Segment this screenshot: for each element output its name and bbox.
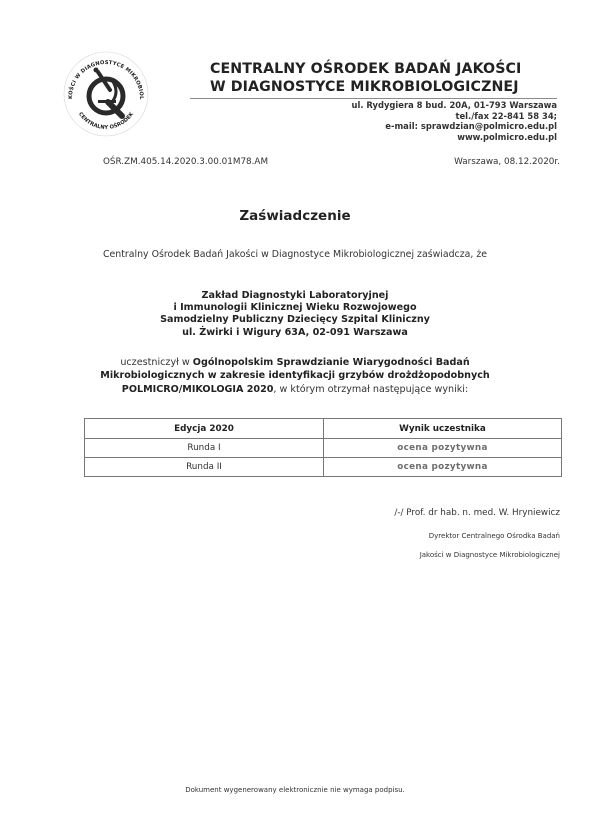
svg-text:BADAŃ JAKOŚCI W DIAGNOSTYCE MI: BADAŃ JAKOŚCI W DIAGNOSTYCE MIKROBIOLOGI…	[62, 50, 144, 100]
signatory-title: Dyrektor Centralnego Ośrodka Badań Jakoś…	[420, 527, 560, 565]
reference-number: OŚR.ZM.405.14.2020.3.00.01M78.AM	[103, 157, 268, 167]
table-header-row: Edycja 2020 Wynik uczestnika	[85, 419, 562, 439]
header-divider	[190, 98, 557, 99]
place-date: Warszawa, 08.12.2020r.	[454, 157, 560, 167]
recipient-line: Zakład Diagnostyki Laboratoryjnej	[0, 290, 590, 302]
document-title: Zaświadczenie	[0, 208, 590, 224]
contact-block: ul. Rydygiera 8 bud. 20A, 01-793 Warszaw…	[352, 100, 558, 142]
program-name-line2: Mikrobiologicznych w zakresie identyfika…	[100, 370, 489, 381]
signatory-title-line1: Dyrektor Centralnego Ośrodka Badań	[420, 527, 560, 546]
footer-note: Dokument wygenerowany elektronicznie nie…	[0, 786, 590, 794]
participation-suffix: , w którym otrzymał następujące wyniki:	[273, 384, 468, 395]
table-row: Runda I ocena pozytywna	[85, 439, 562, 458]
microscope-q-seal-icon: BADAŃ JAKOŚCI W DIAGNOSTYCE MIKROBIOLOGI…	[62, 50, 150, 138]
result-cell: ocena pozytywna	[324, 439, 562, 458]
organization-name-line2: W DIAGNOSTYCE MIKROBIOLOGICZNEJ	[210, 78, 521, 96]
recipient-line: Samodzielny Publiczny Dziecięcy Szpital …	[0, 314, 590, 326]
round-cell: Runda I	[85, 439, 324, 458]
website: www.polmicro.edu.pl	[352, 132, 558, 143]
column-header-result: Wynik uczestnika	[324, 419, 562, 439]
organization-logo: BADAŃ JAKOŚCI W DIAGNOSTYCE MIKROBIOLOGI…	[62, 50, 150, 138]
program-name-line1: Ogólnopolskim Sprawdzianie Wiarygodności…	[193, 357, 470, 368]
intro-text: Centralny Ośrodek Badań Jakości w Diagno…	[0, 249, 590, 260]
organization-name: CENTRALNY OŚRODEK BADAŃ JAKOŚCI W DIAGNO…	[210, 60, 521, 96]
program-code: POLMICRO/MIKOLOGIA 2020	[122, 384, 274, 395]
address: ul. Rydygiera 8 bud. 20A, 01-793 Warszaw…	[352, 100, 558, 111]
participation-prefix: uczestniczył w	[120, 357, 192, 368]
column-header-edition: Edycja 2020	[85, 419, 324, 439]
results-table: Edycja 2020 Wynik uczestnika Runda I oce…	[84, 418, 562, 477]
email: e-mail: sprawdzian@polmicro.edu.pl	[352, 121, 558, 132]
phone: tel./fax 22-841 58 34;	[352, 111, 558, 122]
signatory-title-line2: Jakości w Diagnostyce Mikrobiologicznej	[420, 546, 560, 565]
result-cell: ocena pozytywna	[324, 458, 562, 477]
organization-name-line1: CENTRALNY OŚRODEK BADAŃ JAKOŚCI	[210, 60, 521, 78]
recipient-block: Zakład Diagnostyki Laboratoryjnej i Immu…	[0, 290, 590, 339]
signatory-name: /-/ Prof. dr hab. n. med. W. Hryniewicz	[394, 508, 560, 518]
table-row: Runda II ocena pozytywna	[85, 458, 562, 477]
round-cell: Runda II	[85, 458, 324, 477]
recipient-line: i Immunologii Klinicznej Wieku Rozwojowe…	[0, 302, 590, 314]
recipient-line: ul. Żwirki i Wigury 63A, 02-091 Warszawa	[0, 327, 590, 339]
participation-text: uczestniczył w Ogólnopolskim Sprawdziani…	[0, 356, 590, 396]
